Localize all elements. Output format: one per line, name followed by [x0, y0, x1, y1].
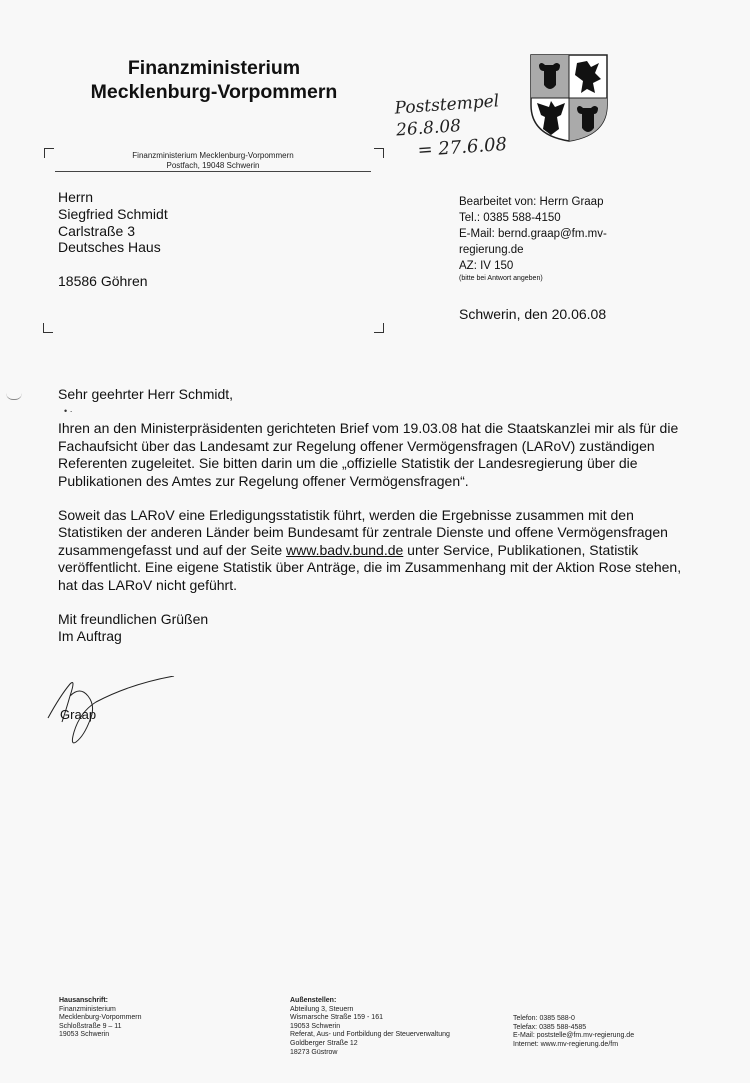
footer-branches-heading: Außenstellen:: [290, 997, 450, 1006]
footer-branches: Außenstellen: Abteilung 3, Steuern Wisma…: [290, 997, 450, 1057]
footer-branch-line: Goldberger Straße 12: [290, 1040, 450, 1049]
email-line-2: regierung.de: [459, 242, 639, 258]
recipient-street: Carlstraße 3: [58, 223, 168, 240]
footer-address-line: Finanzministerium: [59, 1006, 141, 1015]
footer-address: Hausanschrift: Finanzministerium Mecklen…: [59, 997, 141, 1040]
letter-body: Sehr geehrter Herr Schmidt, • · Ihren an…: [58, 386, 698, 646]
footer-address-line: 19053 Schwerin: [59, 1031, 141, 1040]
closing-line-2: Im Auftrag: [58, 628, 698, 645]
address-window-corner: [374, 323, 384, 333]
reference-note: (bitte bei Antwort angeben): [459, 274, 639, 283]
recipient-salutation: Herrn: [58, 189, 168, 206]
return-address: Finanzministerium Mecklenburg-Vorpommern…: [55, 151, 371, 172]
signatory-name: Graap: [60, 707, 96, 722]
closing-line-1: Mit freundlichen Grüßen: [58, 611, 698, 628]
badv-link[interactable]: www.badv.bund.de: [286, 542, 403, 558]
letter-date: Schwerin, den 20.06.08: [459, 306, 606, 322]
footer-branch-line: 18273 Güstrow: [290, 1049, 450, 1058]
organization-title: Finanzministerium Mecklenburg-Vorpommern: [88, 56, 340, 104]
footer-branch-line: Referat, Aus- und Fortbildung der Steuer…: [290, 1031, 450, 1040]
recipient-name: Siegfried Schmidt: [58, 206, 168, 223]
recipient-city: 18586 Göhren: [58, 273, 168, 290]
address-window-corner: [43, 323, 53, 333]
footer-address-line: Schloßstraße 9 – 11: [59, 1023, 141, 1032]
footer-branch-line: Abteilung 3, Steuern: [290, 1006, 450, 1015]
footer-website[interactable]: Internet: www.mv-regierung.de/fm: [513, 1041, 634, 1050]
return-address-line-2: Postfach, 19048 Schwerin: [55, 161, 371, 171]
reference-number: AZ: IV 150: [459, 258, 639, 274]
footer-branch-line: Wismarsche Straße 159 - 161: [290, 1014, 450, 1023]
footer-phone: Telefon: 0385 588-0: [513, 1015, 634, 1024]
greeting: Sehr geehrter Herr Schmidt,: [58, 386, 698, 403]
paragraph-1: Ihren an den Ministerpräsidenten gericht…: [58, 420, 698, 490]
phone: Tel.: 0385 588-4150: [459, 210, 639, 226]
footer-address-heading: Hausanschrift:: [59, 997, 141, 1006]
address-window-corner: [44, 148, 54, 158]
handwritten-postmark-note: Poststempel 26.8.08 = 27.6.08: [394, 89, 528, 163]
footer-address-line: Mecklenburg-Vorpommern: [59, 1014, 141, 1023]
footer-contact: Telefon: 0385 588-0 Telefax: 0385 588-45…: [513, 1015, 634, 1049]
recipient-address: Herrn Siegfried Schmidt Carlstraße 3 Deu…: [58, 189, 168, 290]
coat-of-arms-icon: [529, 53, 609, 143]
fold-mark: [6, 393, 22, 400]
org-line-1: Finanzministerium: [88, 56, 340, 80]
stray-marks: • ·: [58, 403, 698, 420]
org-line-2: Mecklenburg-Vorpommern: [88, 80, 340, 104]
address-window-corner: [374, 148, 384, 158]
footer-fax: Telefax: 0385 588-4585: [513, 1024, 634, 1033]
return-address-line-1: Finanzministerium Mecklenburg-Vorpommern: [55, 151, 371, 161]
email-line-1: E-Mail: bernd.graap@fm.mv-: [459, 226, 639, 242]
paragraph-2: Soweit das LARoV eine Erledigungsstatist…: [58, 507, 698, 594]
footer-branch-line: 19053 Schwerin: [290, 1023, 450, 1032]
handled-by: Bearbeitet von: Herrn Graap: [459, 194, 639, 210]
contact-block: Bearbeitet von: Herrn Graap Tel.: 0385 5…: [459, 194, 639, 283]
footer-email[interactable]: E-Mail: poststelle@fm.mv-regierung.de: [513, 1032, 634, 1041]
recipient-extra: Deutsches Haus: [58, 239, 168, 256]
